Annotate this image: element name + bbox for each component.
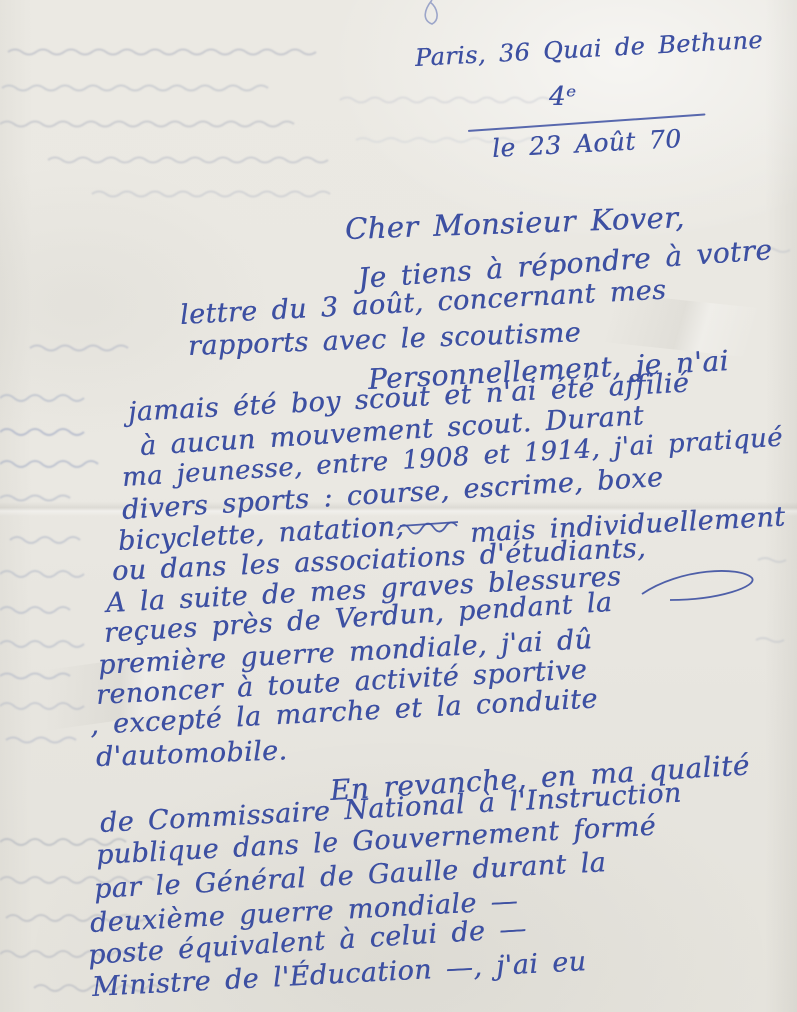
salutation: Cher Monsieur Kover,	[344, 200, 685, 246]
header-arrondissement: 4ᵉ	[549, 82, 576, 112]
ink-flourish	[640, 566, 760, 606]
header-date: le 23 Août 70	[491, 124, 682, 163]
letter-page: Paris, 36 Quai de Bethune 4ᵉ le 23 Août …	[0, 0, 797, 1012]
header-address: Paris, 36 Quai de Bethune	[414, 26, 763, 72]
body-line: d'automobile.	[95, 735, 287, 773]
crossed-out-word	[396, 512, 464, 540]
pen-mark	[402, 0, 452, 26]
